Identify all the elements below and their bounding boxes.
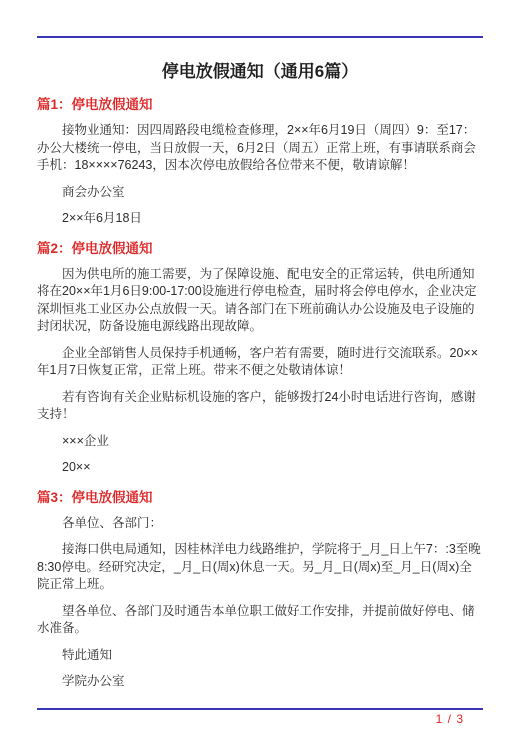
section-3-heading: 篇3：停电放假通知 <box>37 489 483 506</box>
notice-section-1: 篇1：停电放假通知 接物业通知：因四周路段电缆检查修理，2××年6月19日（周四… <box>37 96 483 228</box>
section-3-closing: 特此通知 <box>37 647 483 665</box>
section-3-paragraph: 接海口供电局通知，因桂林洋电力线路维护，学院将于_月_日上午7：:3至晚8:30… <box>37 541 483 594</box>
top-divider <box>37 36 483 38</box>
section-2-paragraph: 企业全部销售人员保持手机通畅，客户若有需要，随时进行交流联系。20××年1月7日… <box>37 345 483 380</box>
section-3-paragraph: 望各单位、各部门及时通告本单位职工做好工作安排，并提前做好停电、储水准备。 <box>37 603 483 638</box>
document-page: 停电放假通知（通用6篇） 篇1：停电放假通知 接物业通知：因四周路段电缆检查修理… <box>0 0 520 735</box>
section-2-signature: ×××企业 <box>37 433 483 451</box>
notice-section-2: 篇2：停电放假通知 因为供电所的施工需要，为了保障设施、配电安全的正常运转，供电… <box>37 240 483 477</box>
notice-section-3: 篇3：停电放假通知 各单位、各部门： 接海口供电局通知，因桂林洋电力线路维护，学… <box>37 489 483 691</box>
page-indicator: 1 / 3 <box>436 712 464 726</box>
section-2-paragraph: 因为供电所的施工需要，为了保障设施、配电安全的正常运转，供电所通知将在20××年… <box>37 266 483 336</box>
section-2-heading: 篇2：停电放假通知 <box>37 240 483 257</box>
section-1-signature: 商会办公室 <box>37 184 483 202</box>
section-3-salutation: 各单位、各部门： <box>37 515 483 533</box>
section-3-signature: 学院办公室 <box>37 673 483 691</box>
bottom-divider <box>37 708 483 710</box>
section-1-heading: 篇1：停电放假通知 <box>37 96 483 113</box>
section-2-paragraph: 若有咨询有关企业贴标机设施的客户，能够拨打24小时电话进行咨询，感谢支持！ <box>37 389 483 424</box>
section-1-paragraph: 接物业通知：因四周路段电缆检查修理，2××年6月19日（周四）9：至17：办公大… <box>37 122 483 175</box>
document-content: 停电放假通知（通用6篇） 篇1：停电放假通知 接物业通知：因四周路段电缆检查修理… <box>0 36 520 691</box>
section-2-date: 20×× <box>37 459 483 477</box>
page-title: 停电放假通知（通用6篇） <box>37 60 483 84</box>
section-1-date: 2××年6月18日 <box>37 210 483 228</box>
